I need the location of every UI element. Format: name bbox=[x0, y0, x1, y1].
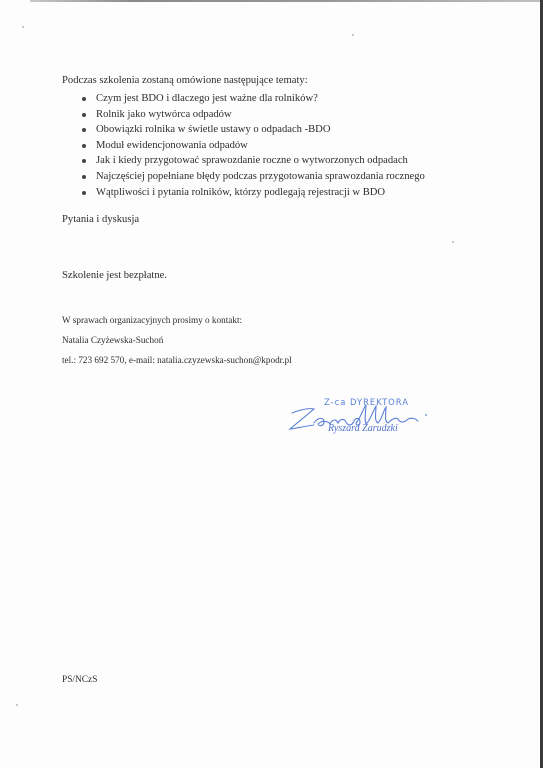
topic-item: Rolnik jako wytwórca odpadów bbox=[80, 107, 425, 123]
scan-speck bbox=[22, 26, 24, 28]
bullet-icon bbox=[82, 97, 86, 101]
free-notice: Szkolenie jest bezpłatne. bbox=[62, 269, 167, 282]
topic-item: Obowiązki rolnika w świetle ustawy o odp… bbox=[80, 122, 425, 138]
topic-item: Czym jest BDO i dlaczego jest ważne dla … bbox=[80, 91, 425, 107]
topic-item: Najczęściej popełniane błędy podczas prz… bbox=[80, 169, 425, 185]
stamp-title: Z-ca DYREKTORA bbox=[324, 397, 409, 407]
signature-block: Z-ca DYREKTORA Ryszard Zarudzki bbox=[284, 395, 444, 455]
bullet-icon bbox=[82, 113, 86, 117]
stamp-signer-name: Ryszard Zarudzki bbox=[328, 423, 398, 434]
bullet-icon bbox=[82, 191, 86, 195]
bullet-icon bbox=[82, 128, 86, 132]
scan-speck bbox=[16, 704, 18, 706]
topic-item: Wątpliwości i pytania rolników, którzy p… bbox=[80, 185, 425, 201]
topic-item: Moduł ewidencjonowania odpadów bbox=[80, 138, 425, 154]
footer-reference: PS/NCzS bbox=[62, 674, 97, 687]
bullet-icon bbox=[82, 175, 86, 179]
contact-details: tel.: 723 692 570, e-mail: natalia.czyze… bbox=[62, 354, 292, 366]
intro-text: Podczas szkolenia zostaną omówione nastę… bbox=[62, 74, 308, 87]
questions-heading: Pytania i dyskusja bbox=[62, 213, 139, 226]
contact-intro: W sprawach organizacyjnych prosimy o kon… bbox=[62, 314, 242, 326]
scan-speck bbox=[352, 34, 354, 36]
contact-name: Natalia Czyżewska-Suchoń bbox=[62, 334, 163, 346]
scan-speck bbox=[452, 241, 454, 243]
document-page: Podczas szkolenia zostaną omówione nastę… bbox=[0, 0, 543, 768]
bullet-icon bbox=[82, 144, 86, 148]
topic-list: Czym jest BDO i dlaczego jest ważne dla … bbox=[80, 91, 425, 200]
topic-item: Jak i kiedy przygotować sprawozdanie roc… bbox=[80, 153, 425, 169]
bullet-icon bbox=[82, 159, 86, 163]
scan-top-edge bbox=[30, 0, 540, 2]
